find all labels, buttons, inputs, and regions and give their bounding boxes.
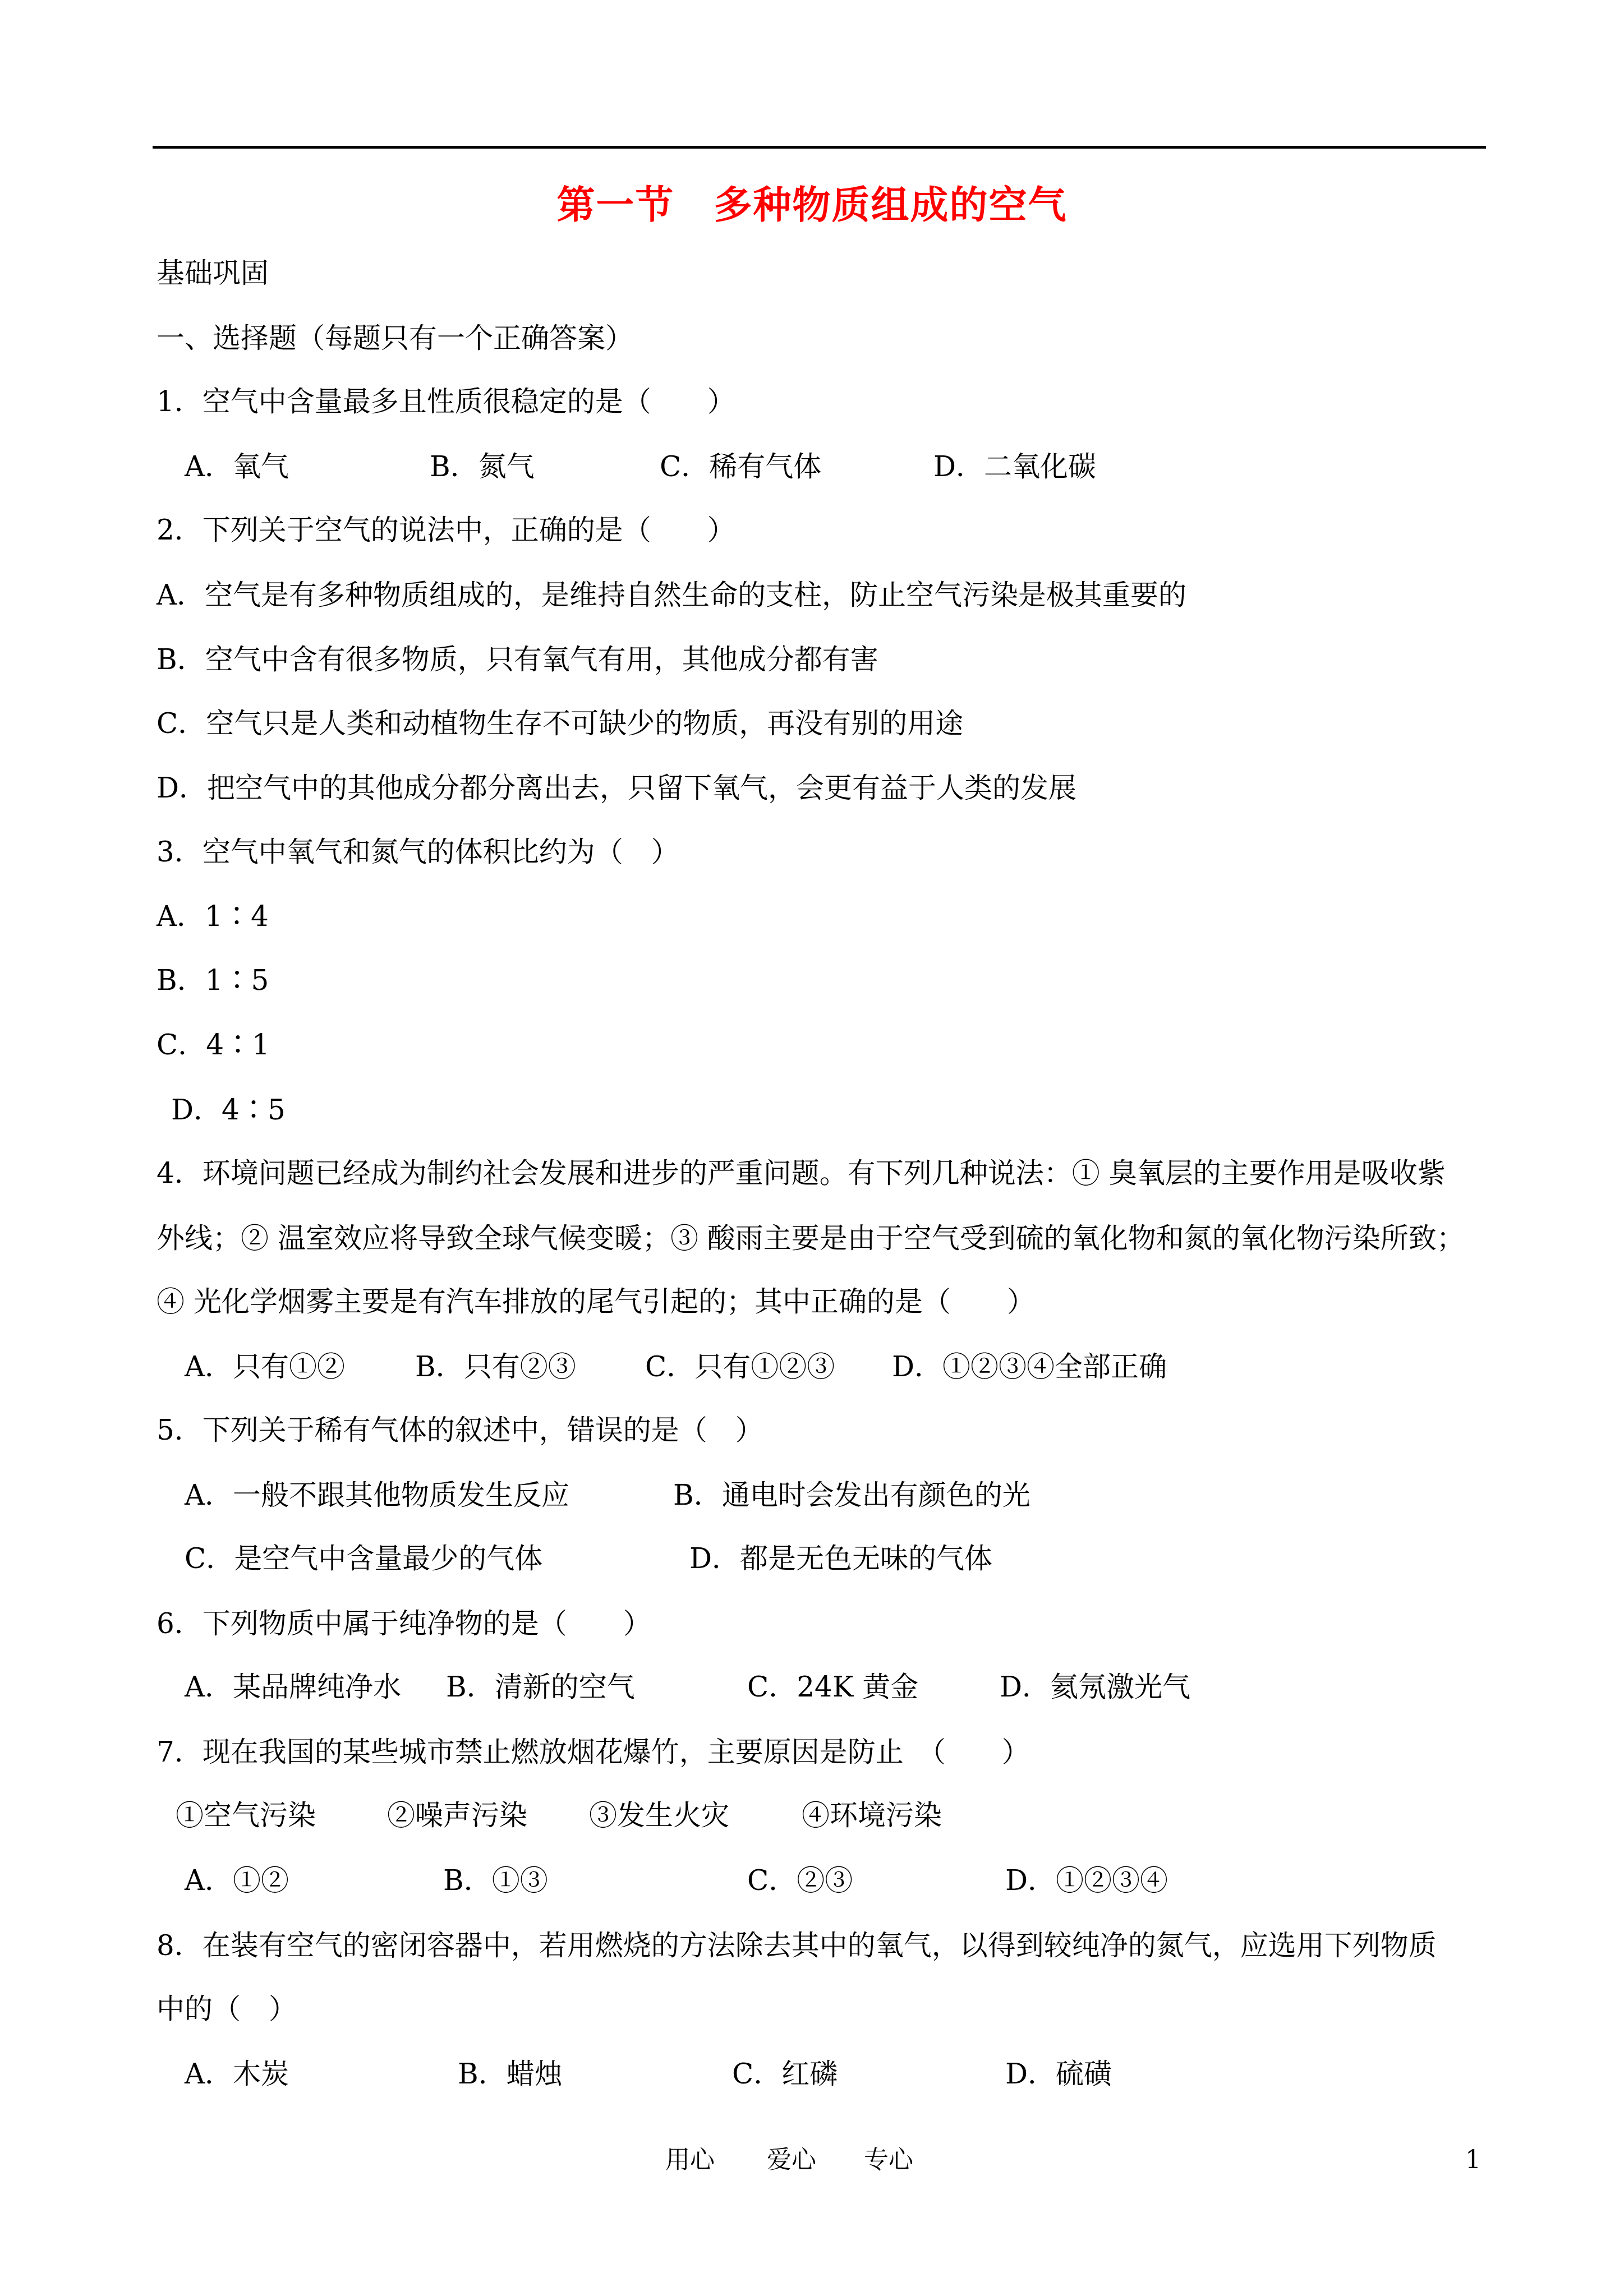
question-3-option-a: A．1∶4 bbox=[157, 900, 269, 933]
question-5-option-d: D．都是无色无味的气体 bbox=[689, 1542, 992, 1575]
question-8-option-d: D．硫磺 bbox=[1005, 2057, 1112, 2091]
question-2-stem: 2．下列关于空气的说法中，正确的是（ ） bbox=[157, 513, 735, 547]
question-6-option-d: D．氦氖激光气 bbox=[1000, 1670, 1190, 1704]
question-4-stem-line-3: ④ 光化学烟雾主要是有汽车排放的尾气引起的；其中正确的是（ ） bbox=[157, 1285, 1035, 1318]
question-7-item-3: ③发生火灾 bbox=[589, 1799, 729, 1832]
question-7-option-a: A．①② bbox=[185, 1864, 289, 1897]
page-title: 第一节 多种物质组成的空气 bbox=[0, 175, 1624, 229]
question-3-stem: 3．空气中氧气和氮气的体积比约为（ ） bbox=[157, 835, 679, 869]
question-4-stem-line-2: 外线；② 温室效应将导致全球气候变暖；③ 酸雨主要是由于空气受到硫的氧化物和氮的… bbox=[157, 1221, 1465, 1255]
question-8-stem-line-2: 中的（ ） bbox=[157, 1992, 297, 2026]
question-8-option-a: A．木炭 bbox=[185, 2057, 289, 2091]
page-number: 1 bbox=[1465, 2146, 1481, 2175]
footer-motto-1: 用心 bbox=[665, 2146, 715, 2175]
question-7-item-4: ④环境污染 bbox=[802, 1799, 942, 1832]
question-6-option-a: A．某品牌纯净水 bbox=[185, 1670, 401, 1704]
question-2-option-a: A．空气是有多种物质组成的，是维持自然生命的支柱，防止空气污染是极其重要的 bbox=[157, 578, 1186, 612]
section-heading: 基础巩固 bbox=[157, 256, 269, 290]
question-2-option-c: C．空气只是人类和动植物生存不可缺少的物质，再没有别的用途 bbox=[157, 707, 963, 740]
question-8-option-c: C．红磷 bbox=[732, 2057, 838, 2091]
question-4-option-c: C．只有①②③ bbox=[645, 1350, 835, 1384]
question-4-stem-line-1: 4．环境问题已经成为制约社会发展和进步的严重问题。有下列几种说法：① 臭氧层的主… bbox=[157, 1156, 1446, 1190]
question-3-option-d: D．4∶5 bbox=[171, 1093, 286, 1127]
question-3-option-c: C．4∶1 bbox=[157, 1028, 270, 1062]
footer-motto-2: 爱心 bbox=[767, 2146, 816, 2175]
question-4-option-a: A．只有①② bbox=[185, 1350, 345, 1384]
question-7-option-d: D．①②③④ bbox=[1005, 1864, 1168, 1897]
question-5-stem: 5．下列关于稀有气体的叙述中，错误的是（ ） bbox=[157, 1413, 763, 1447]
question-5-option-a: A．一般不跟其他物质发生反应 bbox=[185, 1478, 569, 1512]
question-7-option-b: B．①③ bbox=[443, 1864, 548, 1897]
question-7-item-1: ①空气污染 bbox=[176, 1799, 316, 1832]
question-8-option-b: B．蜡烛 bbox=[458, 2057, 563, 2091]
question-1-option-d: D．二氧化碳 bbox=[933, 450, 1096, 483]
question-5-option-b: B．通电时会发出有颜色的光 bbox=[673, 1478, 1030, 1512]
question-2-option-b: B．空气中含有很多物质，只有氧气有用，其他成分都有害 bbox=[157, 643, 878, 676]
question-4-option-b: B．只有②③ bbox=[415, 1350, 576, 1384]
question-6-option-c: C．24K 黄金 bbox=[747, 1670, 918, 1704]
footer-motto-3: 专心 bbox=[864, 2146, 913, 2175]
question-6-stem: 6．下列物质中属于纯净物的是（ ） bbox=[157, 1607, 651, 1640]
question-8-stem-line-1: 8．在装有空气的密闭容器中，若用燃烧的方法除去其中的氧气，以得到较纯净的氮气，应… bbox=[157, 1929, 1437, 1962]
header-rule bbox=[153, 146, 1486, 149]
question-7-option-c: C．②③ bbox=[747, 1864, 853, 1897]
question-5-option-c: C．是空气中含量最少的气体 bbox=[185, 1542, 542, 1575]
question-1-stem: 1．空气中含量最多且性质很稳定的是（ ） bbox=[157, 385, 735, 418]
question-7-stem: 7．现在我国的某些城市禁止燃放烟花爆竹，主要原因是防止 （ ） bbox=[157, 1735, 1030, 1769]
part-heading: 一、选择题（每题只有一个正确答案） bbox=[157, 321, 633, 355]
question-1-option-a: A．氧气 bbox=[185, 450, 289, 483]
question-3-option-b: B．1∶5 bbox=[157, 963, 269, 997]
question-2-option-d: D．把空气中的其他成分都分离出去，只留下氧气，会更有益于人类的发展 bbox=[157, 771, 1076, 805]
question-1-option-b: B．氮气 bbox=[430, 450, 535, 483]
question-7-item-2: ②噪声污染 bbox=[387, 1799, 527, 1832]
question-6-option-b: B．清新的空气 bbox=[446, 1670, 635, 1704]
question-4-option-d: D．①②③④全部正确 bbox=[892, 1350, 1167, 1384]
question-1-option-c: C．稀有气体 bbox=[660, 450, 821, 483]
